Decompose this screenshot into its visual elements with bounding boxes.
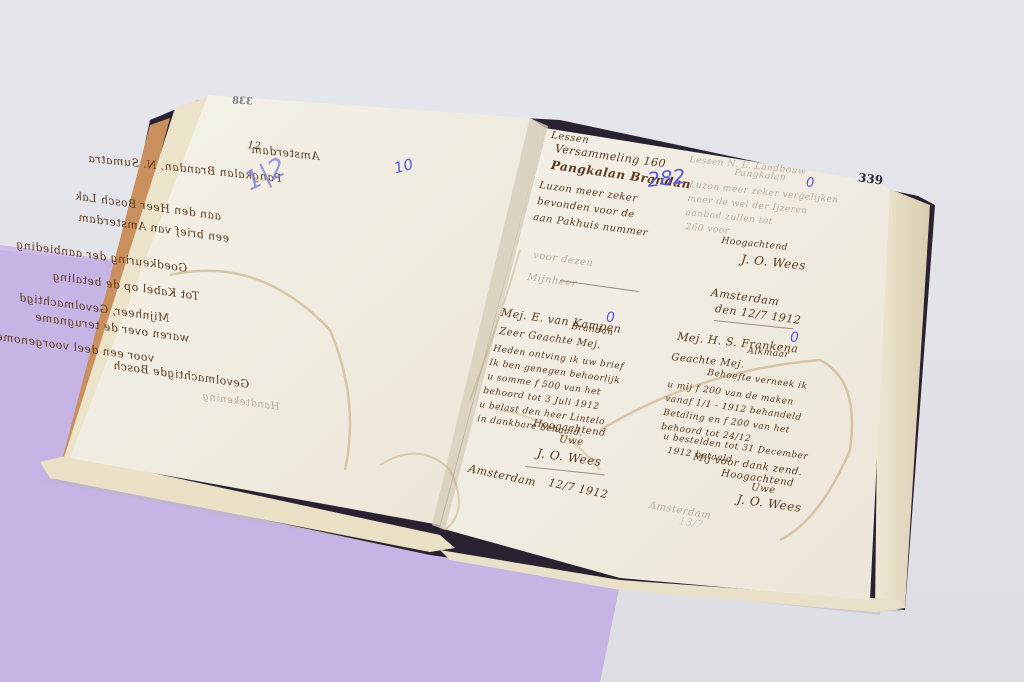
ledger-book	[0, 0, 1024, 682]
right-tl-blue-mark: 282	[646, 164, 686, 192]
entry-left-blue-mark: 0	[606, 310, 615, 326]
right-tr-blue-mark: 0	[806, 176, 814, 191]
entry-right-blue-mark: 0	[790, 330, 799, 346]
left-page-number: 338	[232, 95, 253, 107]
